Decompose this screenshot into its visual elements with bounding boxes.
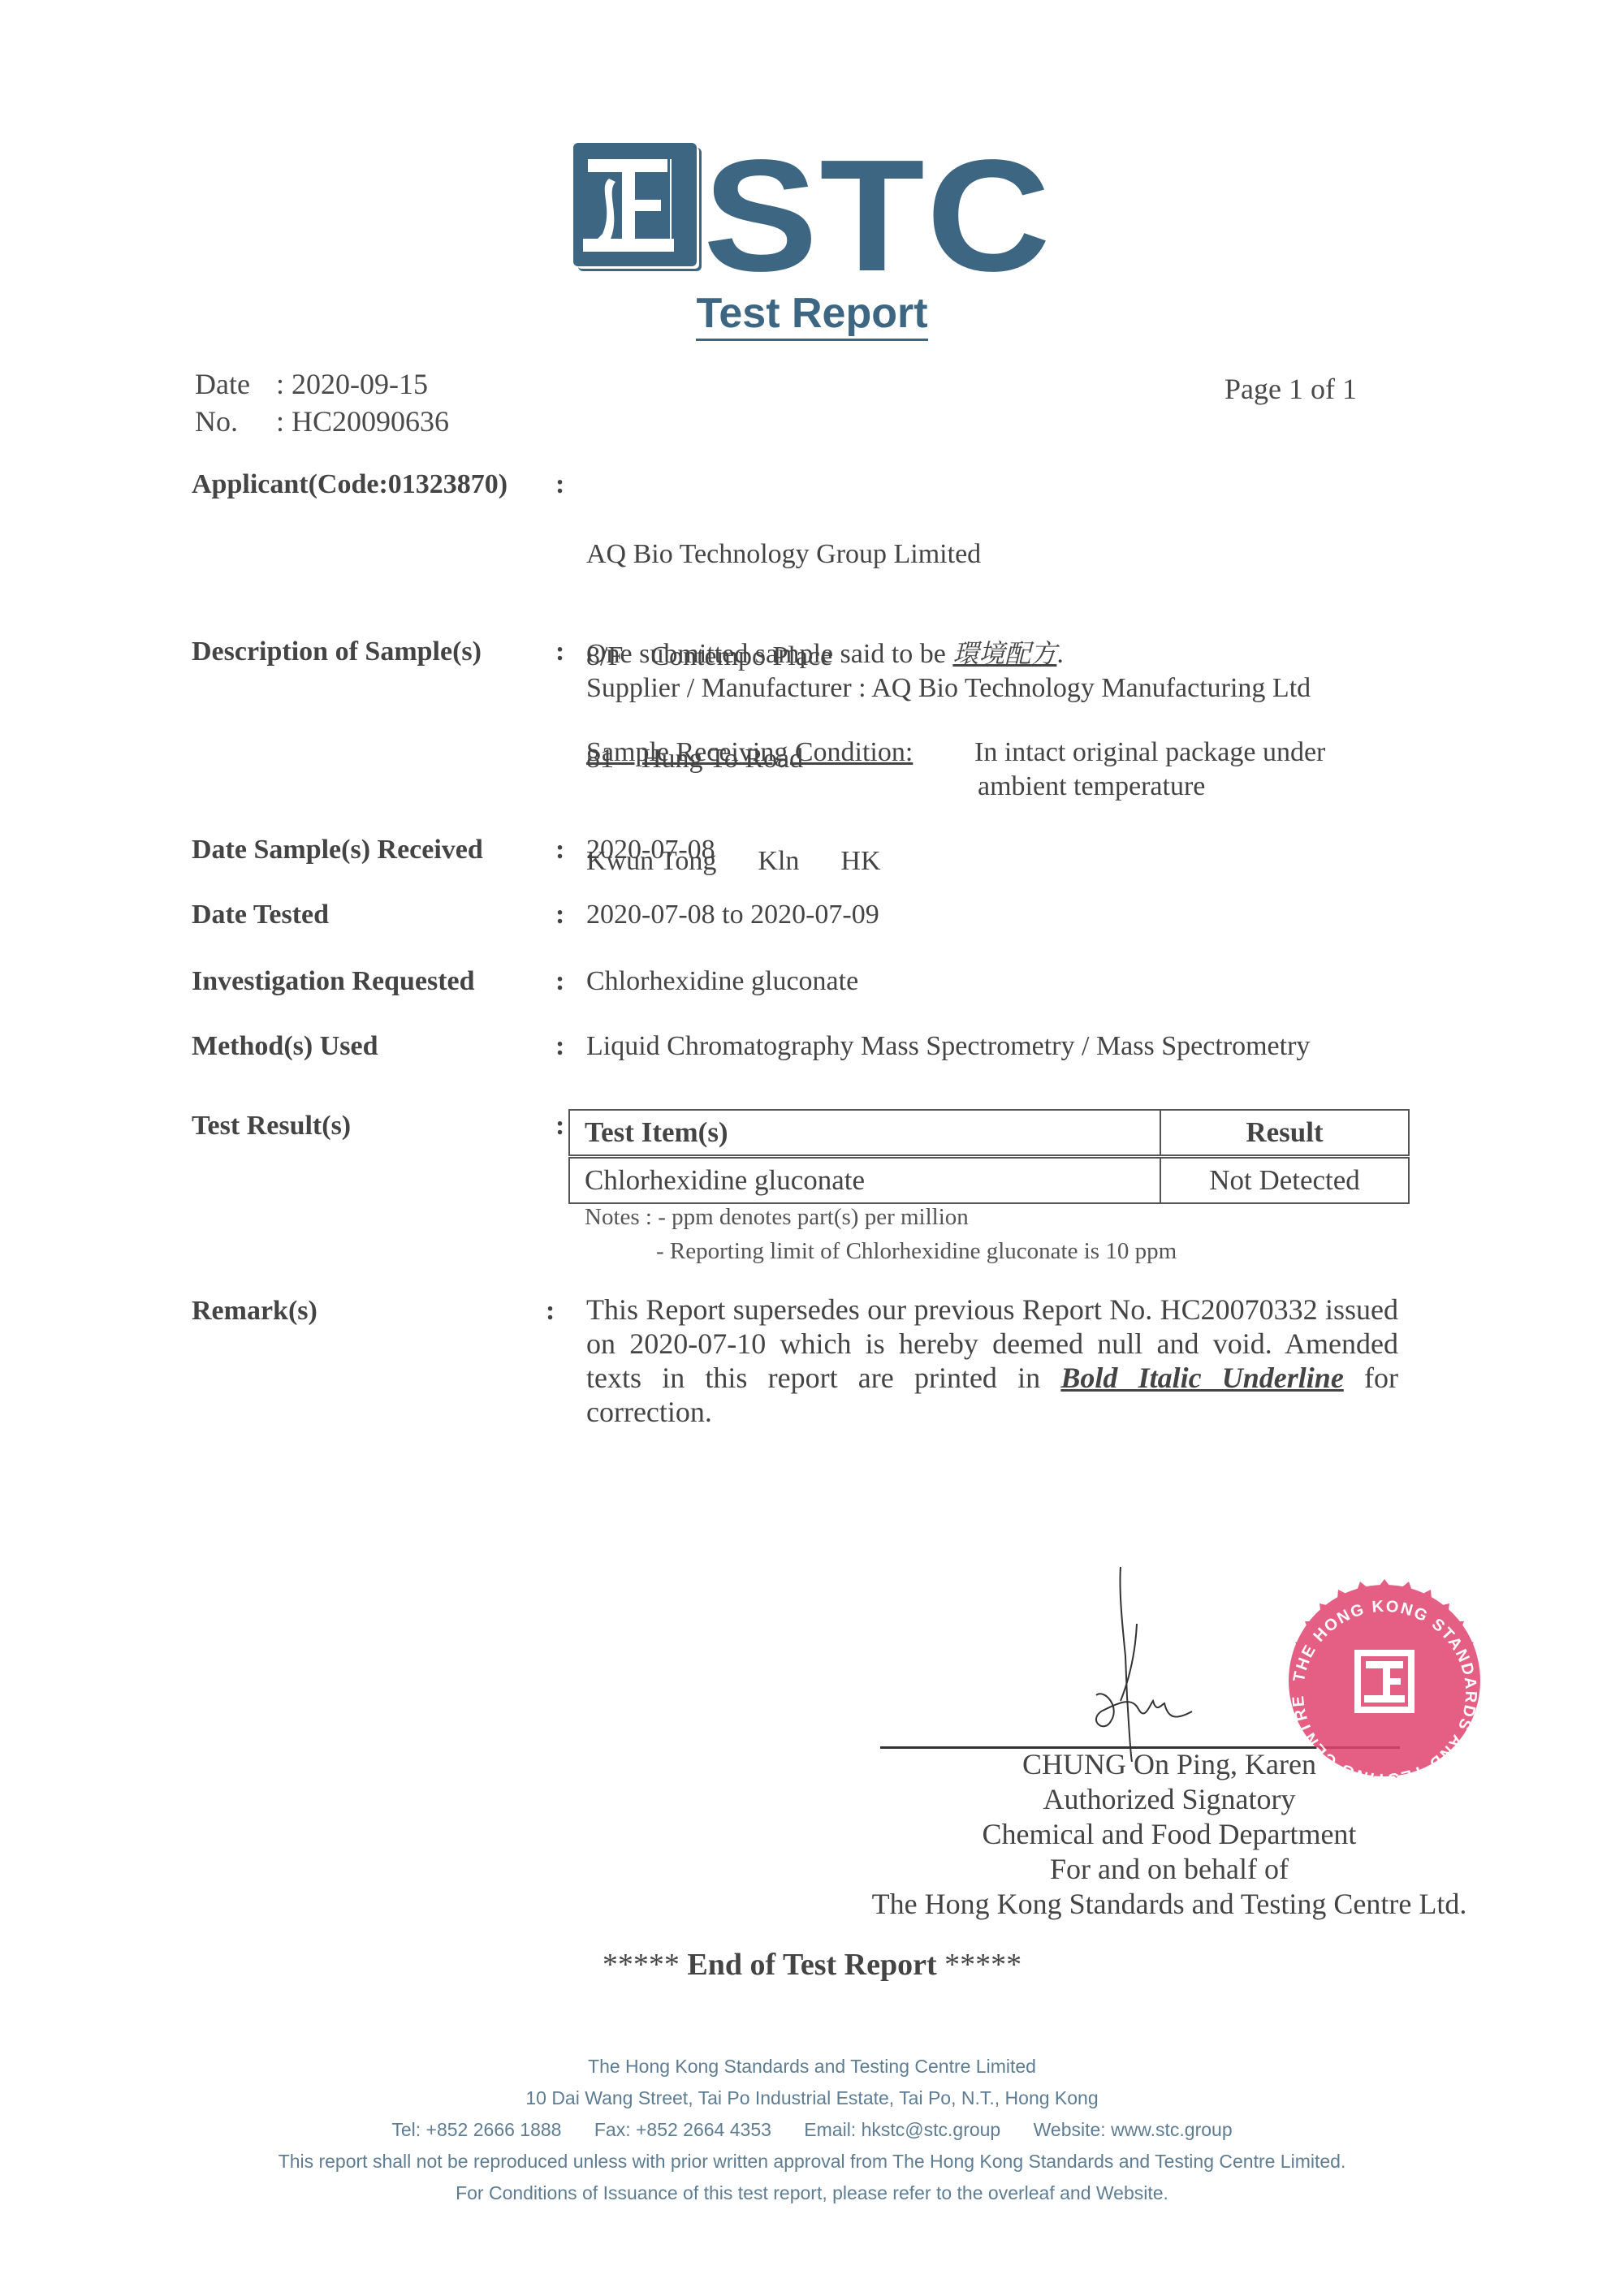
remarks-colon: : xyxy=(546,1296,555,1327)
signatory-behalf: For and on behalf of xyxy=(763,1852,1575,1887)
field-colon: : xyxy=(555,900,564,930)
investigation-requested-value: Chlorhexidine gluconate xyxy=(586,965,858,999)
remarks-label: Remark(s) xyxy=(192,1296,317,1327)
footer-email[interactable]: Email: hkstc@stc.group xyxy=(804,2119,1000,2140)
stc-logo-emblem xyxy=(573,143,697,266)
end-of-report-marker: ***** End of Test Report ***** xyxy=(0,1947,1624,1983)
date-tested-label: Date Tested xyxy=(192,900,329,930)
sample-description-label: Description of Sample(s) xyxy=(192,637,482,667)
signatory-name: CHUNG On Ping, Karen xyxy=(763,1747,1575,1782)
remarks-text: This Report supersedes our previous Repo… xyxy=(586,1293,1398,1429)
test-results-label: Test Result(s) xyxy=(192,1111,351,1142)
signatory-block: CHUNG On Ping, Karen Authorized Signator… xyxy=(763,1747,1575,1922)
sample-description-line: One submitted sample said to be 環境配方. xyxy=(586,637,1311,671)
footer-company: The Hong Kong Standards and Testing Cent… xyxy=(0,2051,1624,2082)
notes-line: - Reporting limit of Chlorhexidine gluco… xyxy=(656,1234,1177,1268)
footer-fax: Fax: +852 2664 4353 xyxy=(594,2119,771,2140)
report-number: No.: HC20090636 xyxy=(195,404,449,438)
signature-icon xyxy=(1072,1559,1234,1762)
signatory-department: Chemical and Food Department xyxy=(763,1817,1575,1852)
result-cell: Not Detected xyxy=(1160,1157,1409,1204)
page-indicator: Page 1 of 1 xyxy=(1224,372,1357,406)
sample-name-chinese: 環境配方 xyxy=(952,638,1056,669)
footer-conditions-notice: For Conditions of Issuance of this test … xyxy=(0,2177,1624,2209)
table-header-row: Test Item(s) Result xyxy=(569,1110,1409,1157)
notes-line: Notes : - ppm denotes part(s) per millio… xyxy=(585,1200,969,1234)
signatory-company: The Hong Kong Standards and Testing Cent… xyxy=(763,1887,1575,1922)
field-colon: : xyxy=(555,835,564,865)
date-received-label: Date Sample(s) Received xyxy=(192,835,483,865)
test-results-colon: : xyxy=(555,1111,564,1142)
stc-logo-text: STC xyxy=(703,136,1052,296)
sample-receiving-condition-label: Sample Receiving Condition: xyxy=(586,736,913,770)
sample-description-colon: : xyxy=(555,637,564,667)
report-title: Test Report xyxy=(0,289,1624,338)
test-item-cell: Chlorhexidine gluconate xyxy=(569,1157,1160,1204)
field-colon: : xyxy=(555,1031,564,1062)
signatory-role: Authorized Signatory xyxy=(763,1782,1575,1817)
date-received-value: 2020-07-08 xyxy=(586,833,715,867)
condition-line: In intact original package under xyxy=(974,736,1325,770)
condition-line: ambient temperature xyxy=(974,770,1325,804)
footer-reproduction-notice: This report shall not be reproduced unle… xyxy=(0,2146,1624,2177)
date-tested-value: 2020-07-08 to 2020-07-09 xyxy=(586,898,879,932)
methods-used-value: Liquid Chromatography Mass Spectrometry … xyxy=(586,1029,1310,1064)
sample-description: One submitted sample said to be 環境配方. Su… xyxy=(586,637,1311,706)
column-header-test-item: Test Item(s) xyxy=(569,1110,1160,1157)
field-colon: : xyxy=(555,966,564,997)
sample-receiving-condition: In intact original package under ambient… xyxy=(974,736,1325,804)
footer-website[interactable]: Website: www.stc.group xyxy=(1034,2119,1233,2140)
page-footer: The Hong Kong Standards and Testing Cent… xyxy=(0,2051,1624,2209)
applicant-colon: : xyxy=(555,469,564,500)
applicant-name: AQ Bio Technology Group Limited xyxy=(586,537,981,572)
footer-address: 10 Dai Wang Street, Tai Po Industrial Es… xyxy=(0,2082,1624,2114)
results-table: Test Item(s) Result Chlorhexidine glucon… xyxy=(568,1109,1410,1204)
report-date: Date: 2020-09-15 xyxy=(195,367,428,401)
methods-used-label: Method(s) Used xyxy=(192,1031,378,1062)
column-header-result: Result xyxy=(1160,1110,1409,1157)
investigation-requested-label: Investigation Requested xyxy=(192,966,475,997)
footer-contact: Tel: +852 2666 1888 Fax: +852 2664 4353 … xyxy=(0,2114,1624,2146)
remarks-emphasis: Bold Italic Underline xyxy=(1060,1362,1343,1394)
ste-emblem-icon xyxy=(573,143,697,266)
applicant-label: Applicant(Code:01323870) xyxy=(192,469,508,500)
supplier-line: Supplier / Manufacturer : AQ Bio Technol… xyxy=(586,671,1311,706)
table-row: Chlorhexidine gluconate Not Detected xyxy=(569,1157,1409,1204)
footer-tel: Tel: +852 2666 1888 xyxy=(391,2119,561,2140)
